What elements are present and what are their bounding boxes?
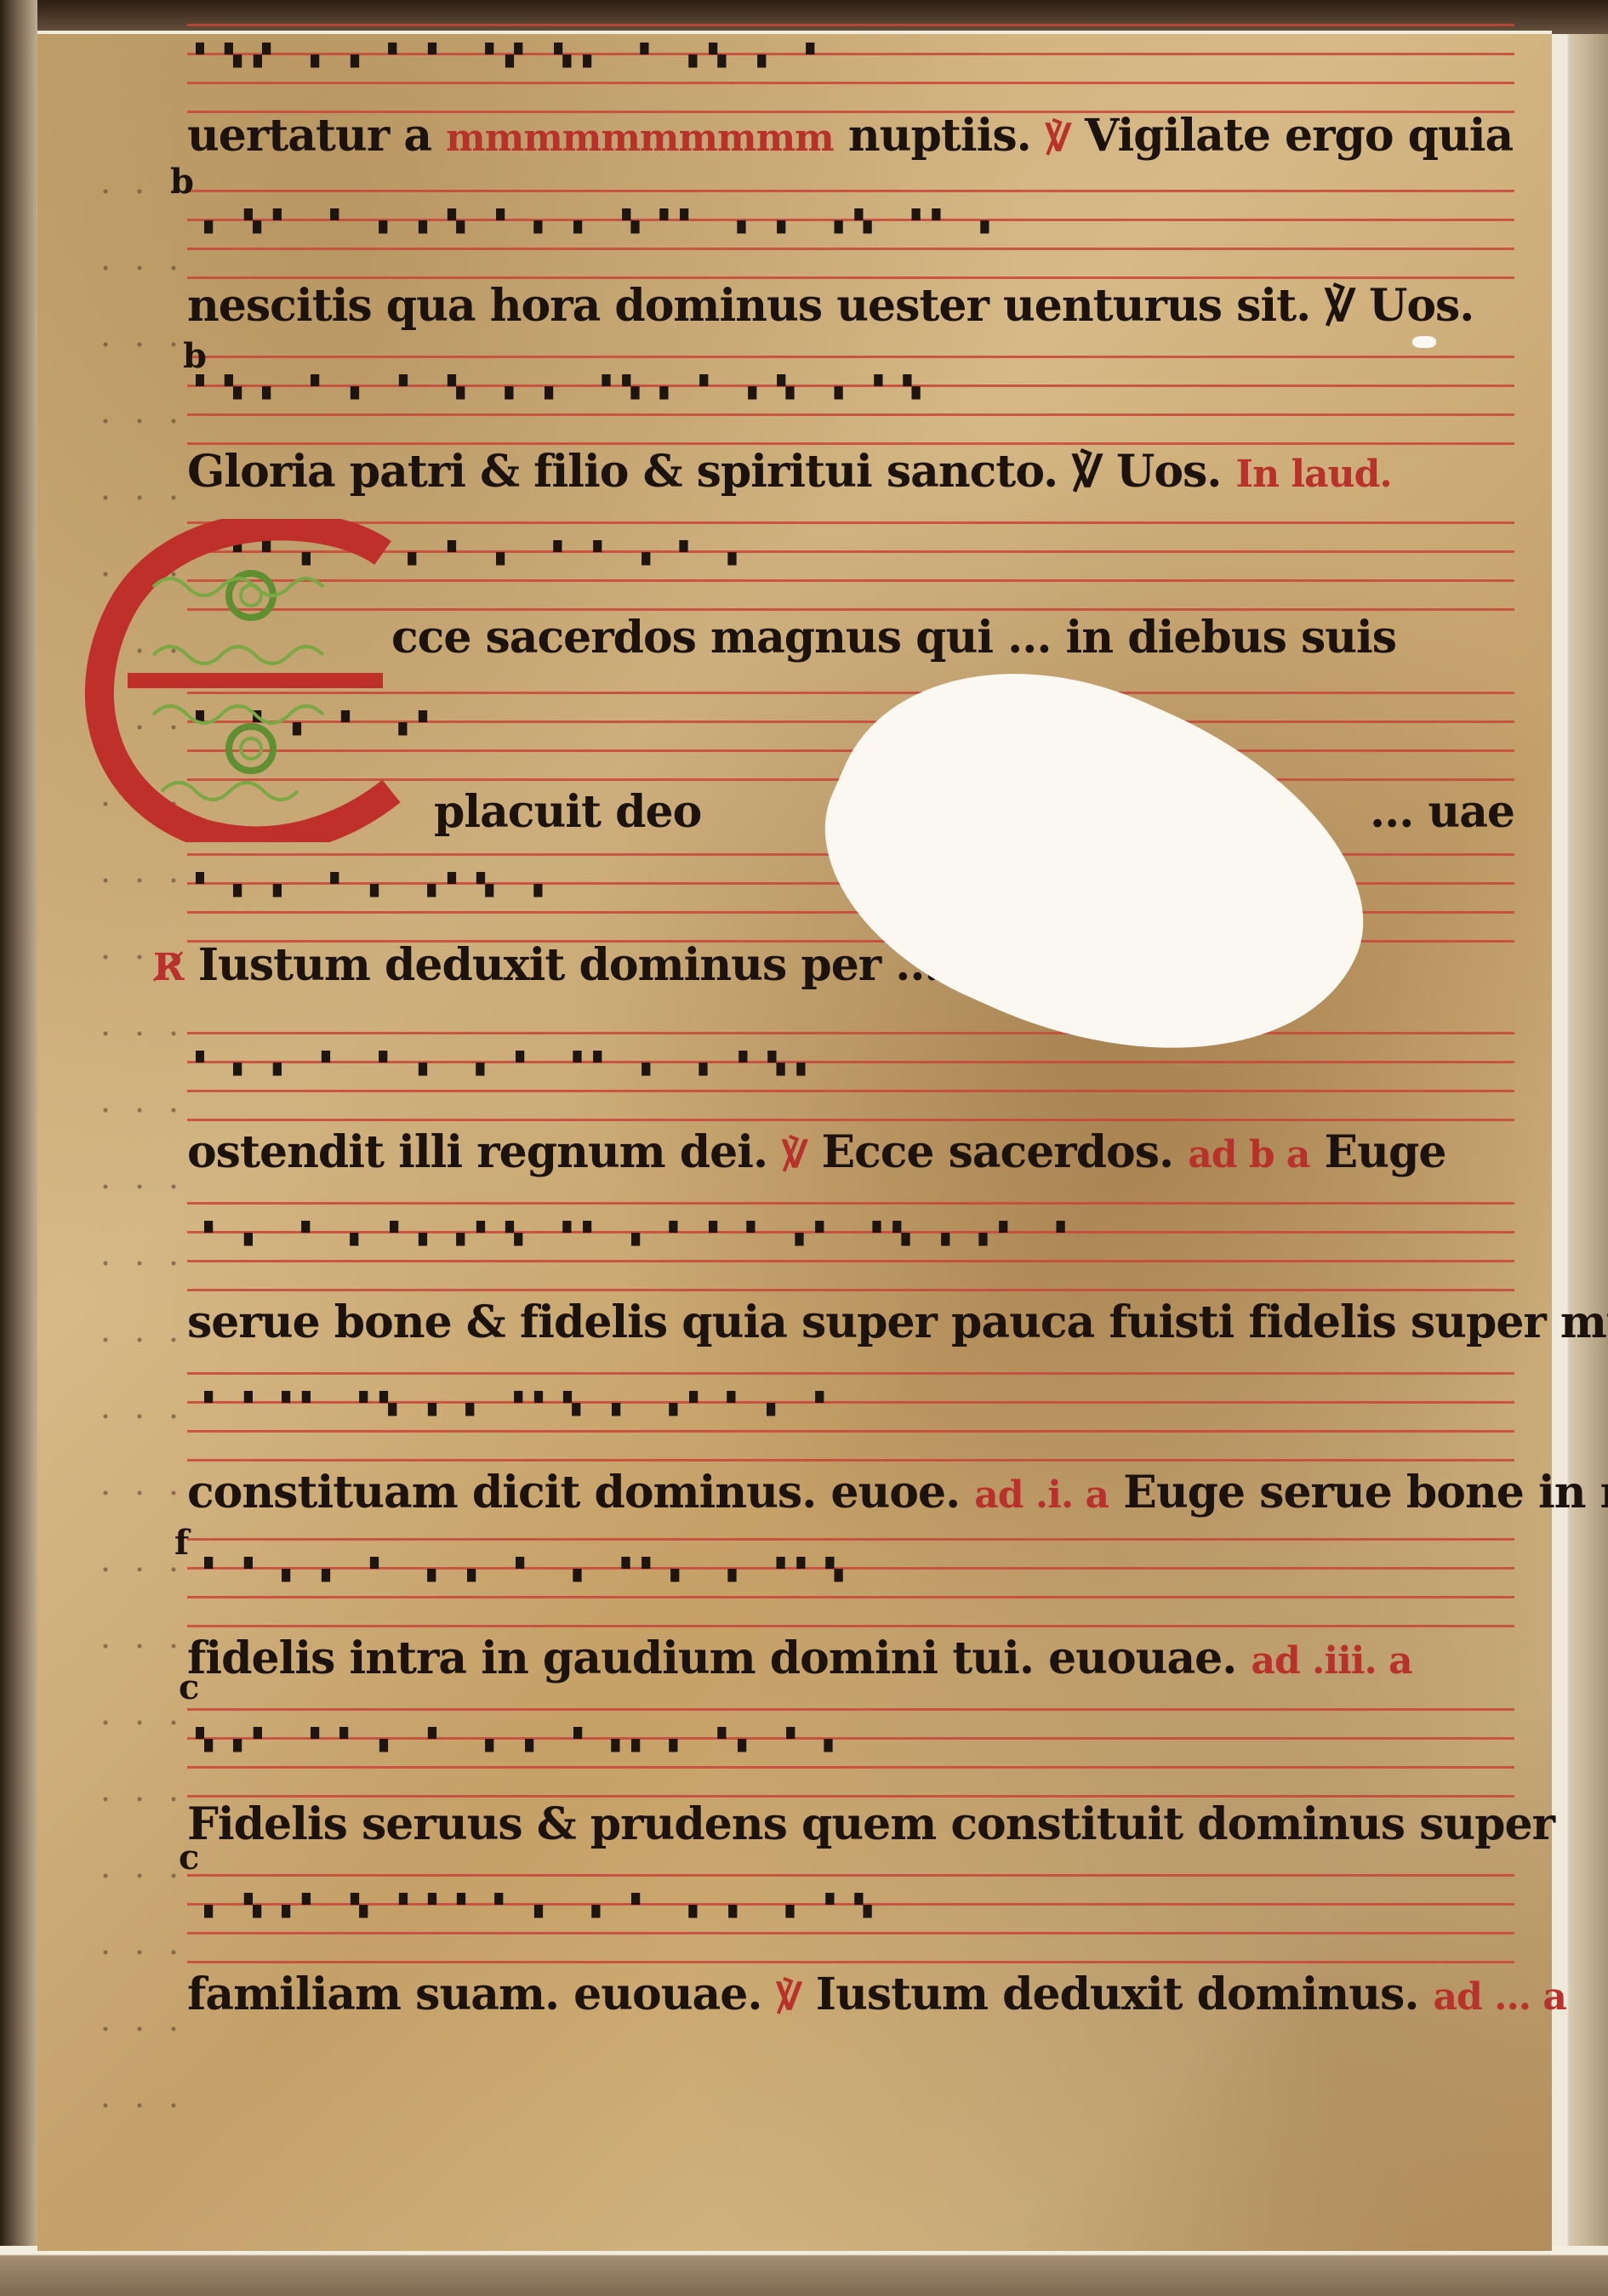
staff-line — [187, 1708, 1514, 1711]
staff-line — [187, 1874, 1514, 1877]
clef-mark-1: b — [170, 162, 194, 202]
staff-line — [187, 356, 1514, 358]
clef-mark-12: c — [179, 1837, 199, 1877]
book-binding-left — [0, 0, 37, 2296]
book-binding-bottom — [0, 2246, 1608, 2296]
text-line-9: constituam dicit dominus. euoe. ad .i. a… — [187, 1463, 1531, 1523]
staff-line — [187, 190, 1514, 192]
parchment-tear — [1412, 336, 1436, 348]
clef-mark-9: f — [174, 1523, 189, 1563]
staff-line — [187, 1538, 1514, 1541]
text-line-12: familiam suam. euouae. ℣ Iustum deduxit … — [187, 1965, 1531, 2025]
initial-e-icon — [68, 519, 408, 842]
staff-line — [187, 1202, 1514, 1205]
pricking-holes — [88, 153, 191, 2110]
clef-mark-2: b — [183, 336, 207, 376]
decorated-initial-e — [68, 519, 408, 842]
text-line-7: ostendit illi regnum dei. ℣ Ecce sacerdo… — [187, 1123, 1531, 1182]
text-line-2: nescitis qua hora dominus uester uenturu… — [187, 276, 1531, 336]
text-line-10: fidelis intra in gaudium domini tui. euo… — [187, 1629, 1531, 1689]
staff-line — [187, 1032, 1514, 1034]
text-line-8: serue bone & fidelis quia super pauca fu… — [187, 1293, 1531, 1353]
text-line-4: cce sacerdos magnus qui ... in diebus su… — [391, 608, 1608, 668]
text-line-11: Fidelis seruus & prudens quem constituit… — [187, 1795, 1531, 1854]
staff-line — [187, 24, 1514, 26]
staff-line — [187, 1372, 1514, 1375]
text-line-1: uertatur a mmmmmmmmmm nuptiis. ℣ Vigilat… — [187, 106, 1531, 166]
clef-mark-11: c — [179, 1667, 199, 1707]
text-line-3: Gloria patri & filio & spiritui sancto. … — [187, 442, 1531, 502]
book-binding-right — [1548, 34, 1608, 2296]
